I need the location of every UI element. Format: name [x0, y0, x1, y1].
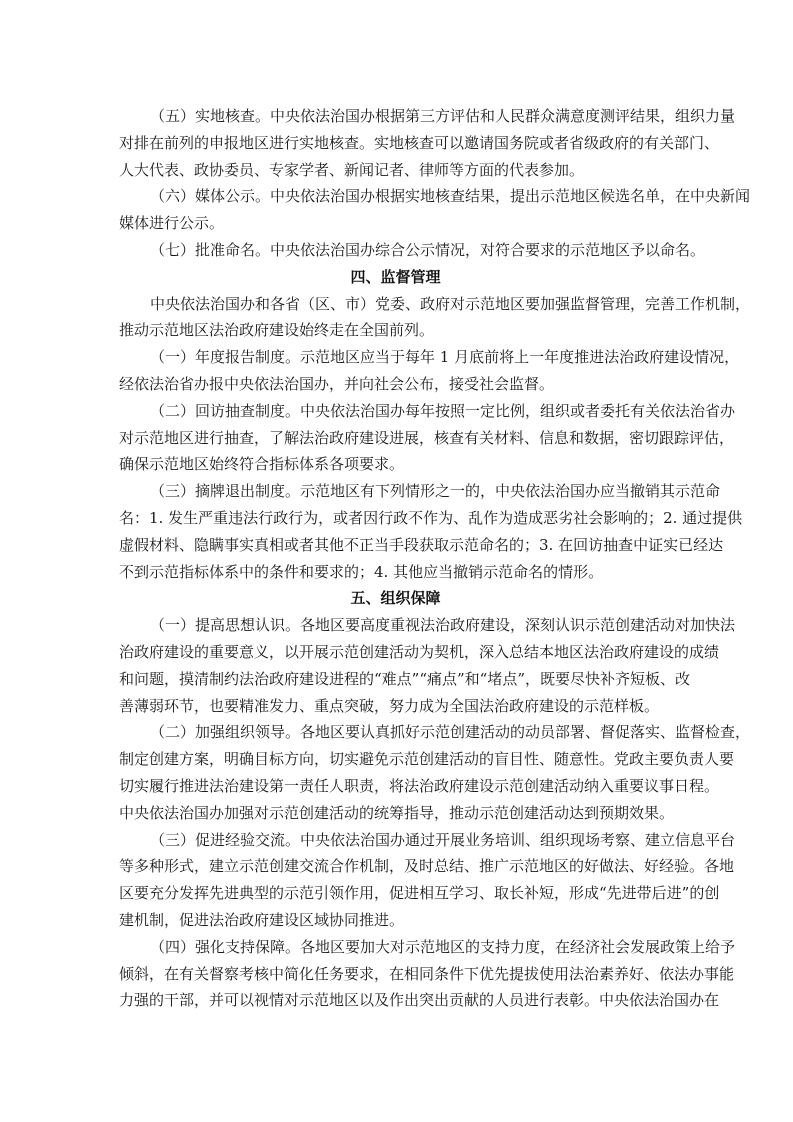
text-line: （四）强化支持保障。各地区要加大对示范地区的支持力度，在经济社会发展政策上给予: [119, 934, 672, 961]
text-line: 切实履行推进法治建设第一责任人职责，将法治政府建设示范创建活动纳入重要议事日程。: [119, 773, 672, 800]
text-line: （三）摘牌退出制度。示范地区有下列情形之一的，中央依法治国办应当撤销其示范命: [119, 478, 672, 505]
text-line: （二）加强组织领导。各地区要认真抓好示范创建活动的动员部署、督促落实、监督检查，: [119, 719, 672, 746]
text-line: 名：1. 发生严重违法行政行为，或者因行政不作为、乱作为造成恶劣社会影响的；2.…: [119, 505, 672, 532]
text-line: （一）年度报告制度。示范地区应当于每年 1 月底前将上一年度推进法治政府建设情况…: [119, 344, 672, 371]
document-page: （五）实地核查。中央依法治国办根据第三方评估和人民群众满意度测评结果，组织力量 …: [119, 103, 672, 1014]
text-line: 对示范地区进行抽查，了解法治政府建设进展，核查有关材料、信息和数据，密切跟踪评估…: [119, 425, 672, 452]
text-line: 虚假材料、隐瞒事实真相或者其他不正当手段获取示范命名的；3. 在回访抽查中证实已…: [119, 532, 672, 559]
paragraph-raise-awareness: （一）提高思想认识。各地区要高度重视法治政府建设，深刻认识示范创建活动对加快法 …: [119, 612, 672, 719]
text-line: 推动示范地区法治政府建设始终走在全国前列。: [119, 317, 672, 344]
text-line: 制定创建方案，明确目标方向，切实避免示范创建活动的盲目性、随意性。党政主要负责人…: [119, 746, 672, 773]
paragraph-experience-exchange: （三）促进经验交流。中央依法治国办通过开展业务培训、组织现场考察、建立信息平台 …: [119, 827, 672, 934]
paragraph-spot-check: （二）回访抽查制度。中央依法治国办每年按照一定比例，组织或者委托有关依法治省办 …: [119, 398, 672, 478]
text-line: 治政府建设的重要意义，以开展示范创建活动为契机，深入总结本地区法治政府建设的成绩: [119, 639, 672, 666]
text-line: （三）促进经验交流。中央依法治国办通过开展业务培训、组织现场考察、建立信息平台: [119, 827, 672, 854]
section-heading-organization: 五、组织保障: [119, 585, 672, 612]
text-line: 中央依法治国办和各省（区、市）党委、政府对示范地区要加强监督管理，完善工作机制，: [119, 291, 672, 318]
section-heading-supervision: 四、监督管理: [119, 264, 672, 291]
paragraph-annual-report: （一）年度报告制度。示范地区应当于每年 1 月底前将上一年度推进法治政府建设情况…: [119, 344, 672, 398]
text-line: 力强的干部，并可以视情对示范地区以及作出突出贡献的人员进行表彰。中央依法治国办在: [119, 987, 672, 1014]
text-line: （七）批准命名。中央依法治国办综合公示情况，对符合要求的示范地区予以命名。: [119, 237, 672, 264]
paragraph-approval-naming: （七）批准命名。中央依法治国办综合公示情况，对符合要求的示范地区予以命名。: [119, 237, 672, 264]
text-line: （五）实地核查。中央依法治国办根据第三方评估和人民群众满意度测评结果，组织力量: [119, 103, 672, 130]
text-line: （一）提高思想认识。各地区要高度重视法治政府建设，深刻认识示范创建活动对加快法: [119, 612, 672, 639]
text-line: 倾斜，在有关督察考核中简化任务要求，在相同条件下优先提拔使用法治素养好、依法办事…: [119, 961, 672, 988]
text-line: 和问题，摸清制约法治政府建设进程的“难点”“痛点”和“堵点”，既要尽快补齐短板、…: [119, 666, 672, 693]
text-line: 不到示范指标体系中的条件和要求的；4. 其他应当撤销示范命名的情形。: [119, 559, 672, 586]
paragraph-support: （四）强化支持保障。各地区要加大对示范地区的支持力度，在经济社会发展政策上给予 …: [119, 934, 672, 1014]
text-line: 经依法治省办报中央依法治国办，并向社会公布，接受社会监督。: [119, 371, 672, 398]
text-line: 区要充分发挥先进典型的示范引领作用，促进相互学习、取长补短，形成“先进带后进”的…: [119, 880, 672, 907]
text-line: 人大代表、政协委员、专家学者、新闻记者、律师等方面的代表参加。: [119, 157, 672, 184]
text-line: 善薄弱环节，也要精准发力、重点突破，努力成为全国法治政府建设的示范样板。: [119, 693, 672, 720]
paragraph-leadership: （二）加强组织领导。各地区要认真抓好示范创建活动的动员部署、督促落实、监督检查，…: [119, 719, 672, 826]
text-line: （二）回访抽查制度。中央依法治国办每年按照一定比例，组织或者委托有关依法治省办: [119, 398, 672, 425]
paragraph-media-publicity: （六）媒体公示。中央依法治国办根据实地核查结果，提出示范地区候选名单，在中央新闻…: [119, 183, 672, 237]
text-line: 中央依法治国办加强对示范创建活动的统筹指导，推动示范创建活动达到预期效果。: [119, 800, 672, 827]
paragraph-onsite-check: （五）实地核查。中央依法治国办根据第三方评估和人民群众满意度测评结果，组织力量 …: [119, 103, 672, 183]
paragraph-supervision-intro: 中央依法治国办和各省（区、市）党委、政府对示范地区要加强监督管理，完善工作机制，…: [119, 291, 672, 345]
paragraph-delisting: （三）摘牌退出制度。示范地区有下列情形之一的，中央依法治国办应当撤销其示范命 名…: [119, 478, 672, 585]
text-line: 对排在前列的申报地区进行实地核查。实地核查可以邀请国务院或者省级政府的有关部门、: [119, 130, 672, 157]
text-line: 媒体进行公示。: [119, 210, 672, 237]
text-line: 确保示范地区始终符合指标体系各项要求。: [119, 451, 672, 478]
text-line: （六）媒体公示。中央依法治国办根据实地核查结果，提出示范地区候选名单，在中央新闻: [119, 183, 672, 210]
text-line: 建机制，促进法治政府建设区域协同推进。: [119, 907, 672, 934]
text-line: 等多种形式，建立示范创建交流合作机制，及时总结、推广示范地区的好做法、好经验。各…: [119, 853, 672, 880]
